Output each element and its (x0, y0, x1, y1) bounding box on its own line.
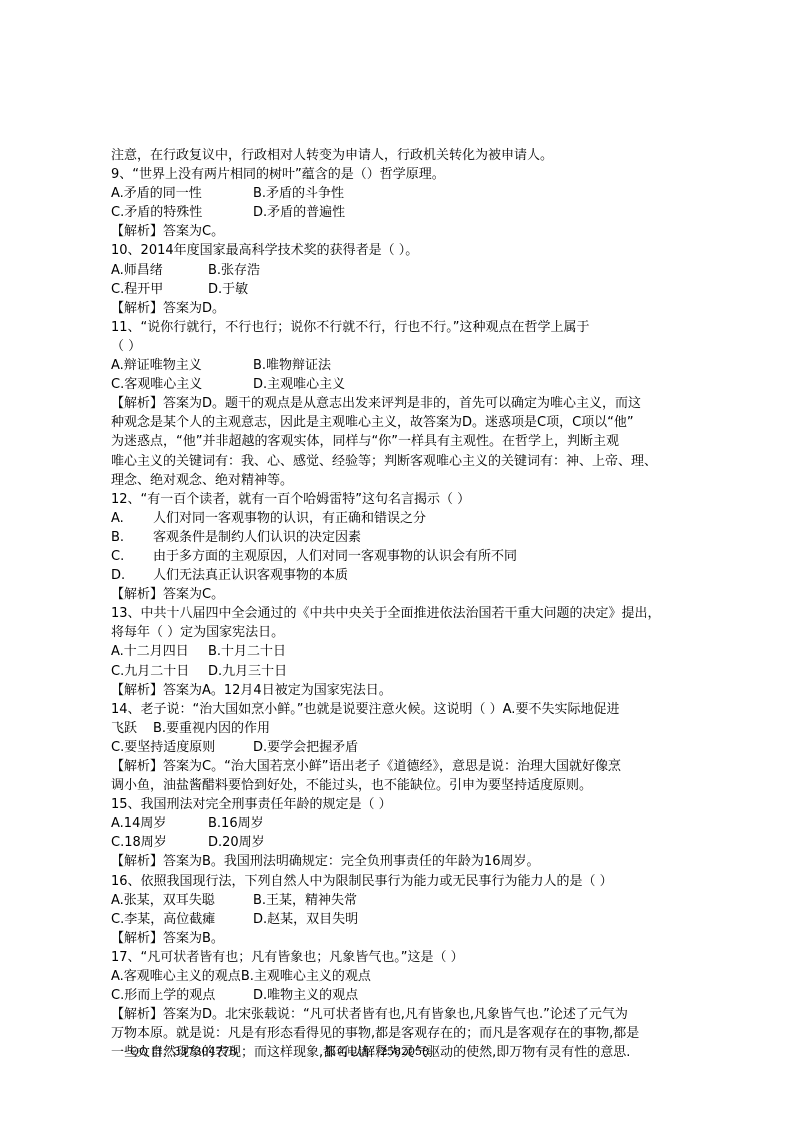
option-a: A.十二月四日 (111, 642, 208, 661)
option-a: A.师昌绪 (111, 261, 208, 280)
options-row: C.18周岁D.20周岁 (111, 833, 696, 852)
question-13-cont: 将每年（ ）定为国家宪法日。 (111, 623, 696, 642)
answer-analysis: 【解析】答案为C。 (111, 222, 696, 241)
qq-group: QQ 群：337304778 (130, 1043, 237, 1059)
options-row: C.要坚持适度原则D.要学会把握矛盾 (111, 738, 696, 757)
options-row: C.形而上学的观点D.唯物主义的观点 (111, 986, 696, 1005)
question-17: 17、“凡可状者皆有也；凡有皆象也；凡象皆气也。”这是（ ） (111, 948, 696, 967)
option-c: C.客观唯心主义 (111, 375, 253, 394)
answer-analysis: 【解析】答案为D。北宋张载说：“凡可状者皆有也,凡有皆象也,凡象皆气也.”论述了… (111, 1005, 696, 1024)
option-b: B.要重视内因的作用 (153, 719, 270, 738)
option-d: D.于敏 (208, 280, 248, 299)
options-row: C.程开甲D.于敏 (111, 280, 696, 299)
option-d: D.唯物主义的观点 (253, 986, 358, 1005)
options-row: C.矛盾的特殊性D.矛盾的普遍性 (111, 203, 696, 222)
option-c: C.程开甲 (111, 280, 208, 299)
option-b: B.主观唯心主义的观点 (241, 967, 371, 986)
options-row: A.师昌绪B.张存浩 (111, 261, 696, 280)
options-row: A.张某，双耳失聪B.王某，精神失常 (111, 891, 696, 910)
options-row: A.14周岁B.16周岁 (111, 814, 696, 833)
answer-analysis: 【解析】答案为A。12月4日被定为国家宪法日。 (111, 681, 696, 700)
options-row: A.客观唯心主义的观点B.主观唯心主义的观点 (111, 967, 696, 986)
option-d: D.人们无法真正认识客观事物的本质 (111, 566, 696, 585)
answer-analysis: 调小鱼，油盐酱醋料要恰到好处，不能过头，也不能缺位。引申为要坚持适度原则。 (111, 776, 696, 795)
option-c: C.九月二十日 (111, 662, 208, 681)
question-9: 9、“世界上没有两片相同的树叶”蕴含的是（）哲学原理。 (111, 165, 696, 184)
answer-analysis: 唯心主义的关键词有：我、心、感觉、经验等；判断客观唯心主义的关键词有：神、上帝、… (111, 452, 696, 471)
answer-analysis: 【解析】答案为B。 (111, 929, 696, 948)
option-c: C.矛盾的特殊性 (111, 203, 253, 222)
option-a: A.张某，双耳失聪 (111, 891, 253, 910)
option-c: C.18周岁 (111, 833, 208, 852)
document-body: 注意，在行政复议中，行政相对人转变为申请人，行政机关转化为被申请人。 9、“世界… (111, 146, 696, 1063)
option-b: B.唯物辩证法 (253, 356, 331, 375)
option-a: A.14周岁 (111, 814, 208, 833)
answer-analysis: 【解析】答案为D。题干的观点是从意志出发来评判是非的，首先可以确定为唯心主义，而… (111, 394, 696, 413)
answer-analysis: 种观念是某个人的主观意志，因此是主观唯心主义，故答案为D。迷惑项是C项，C项以“… (111, 413, 696, 432)
page-footer: QQ 群：337304778 报名电话：2582058 (0, 1043, 794, 1059)
answer-analysis: 为迷惑点，“他”并非超越的客观实体，同样与“你”一样具有主观性。在哲学上，判断主… (111, 432, 696, 451)
option-c: C.要坚持适度原则 (111, 738, 253, 757)
text-line: 注意，在行政复议中，行政相对人转变为申请人，行政机关转化为被申请人。 (111, 146, 696, 165)
question-15: 15、我国刑法对完全刑事责任年龄的规定是（ ） (111, 795, 696, 814)
options-row: C.李某，高位截瘫D.赵某，双目失明 (111, 910, 696, 929)
question-10: 10、2014年度国家最高科学技术奖的获得者是（ ）。 (111, 241, 696, 260)
question-12: 12、“有一百个读者，就有一百个哈姆雷特”这句名言揭示（ ） (111, 490, 696, 509)
option-d: D.主观唯心主义 (253, 375, 345, 394)
options-row: A.辩证唯物主义B.唯物辩证法 (111, 356, 696, 375)
options-row: C.九月二十日D.九月三十日 (111, 662, 696, 681)
option-d: D.要学会把握矛盾 (253, 738, 358, 757)
options-row: C.客观唯心主义D.主观唯心主义 (111, 375, 696, 394)
option-a: A.客观唯心主义的观点 (111, 967, 241, 986)
options-row: 飞跃B.要重视内因的作用 (111, 719, 696, 738)
option-c: C.李某，高位截瘫 (111, 910, 253, 929)
option-d: D.九月三十日 (208, 662, 287, 681)
options-row: A.十二月四日B.十月二十日 (111, 642, 696, 661)
option-b: B.16周岁 (208, 814, 264, 833)
answer-analysis: 【解析】答案为C。“治大国若烹小鲜”语出老子《道德经》，意思是说：治理大国就好像… (111, 757, 696, 776)
option-d: D.矛盾的普遍性 (253, 203, 345, 222)
answer-analysis: 万物本原。就是说：凡是有形态看得见的事物,都是客观存在的；而凡是客观存在的事物,… (111, 1024, 696, 1043)
question-11-blank: （ ） (111, 337, 696, 356)
option-b: B.王某，精神失常 (253, 891, 357, 910)
option-a: A.辩证唯物主义 (111, 356, 253, 375)
option-d: D.赵某，双目失明 (253, 910, 358, 929)
option-b: B.矛盾的斗争性 (253, 184, 344, 203)
question-14: 14、老子说：“治大国如烹小鲜。”也就是说要注意火候。这说明（ ）A.要不失实际… (111, 700, 696, 719)
question-13: 13、中共十八届四中全会通过的《中共中央关于全面推进依法治国若干重大问题的决定》… (111, 604, 696, 623)
answer-analysis: 理念、绝对观念、绝对精神等。 (111, 471, 696, 490)
question-11: 11、“说你行就行，不行也行；说你不行就不行，行也不行。”这种观点在哲学上属于 (111, 318, 696, 337)
answer-analysis: 【解析】答案为D。 (111, 299, 696, 318)
option-d: D.20周岁 (208, 833, 265, 852)
answer-analysis: 【解析】答案为C。 (111, 585, 696, 604)
question-16: 16、依照我国现行法，下列自然人中为限制民事行为能力或无民事行为能力人的是（ ） (111, 872, 696, 891)
option-a: A.人们对同一客观事物的认识，有正确和错误之分 (111, 509, 696, 528)
answer-analysis: 【解析】答案为B。我国刑法明确规定：完全负刑事责任的年龄为16周岁。 (111, 852, 696, 871)
option-b: B.张存浩 (208, 261, 260, 280)
option-a-cont: 飞跃 (111, 719, 153, 738)
option-c: C.形而上学的观点 (111, 986, 253, 1005)
option-a: A.矛盾的同一性 (111, 184, 253, 203)
registration-phone: 报名电话：2582058 (325, 1043, 429, 1059)
option-b: B.客观条件是制约人们认识的决定因素 (111, 528, 696, 547)
options-row: A.矛盾的同一性B.矛盾的斗争性 (111, 184, 696, 203)
option-b: B.十月二十日 (208, 642, 286, 661)
option-c: C.由于多方面的主观原因，人们对同一客观事物的认识会有所不同 (111, 547, 696, 566)
